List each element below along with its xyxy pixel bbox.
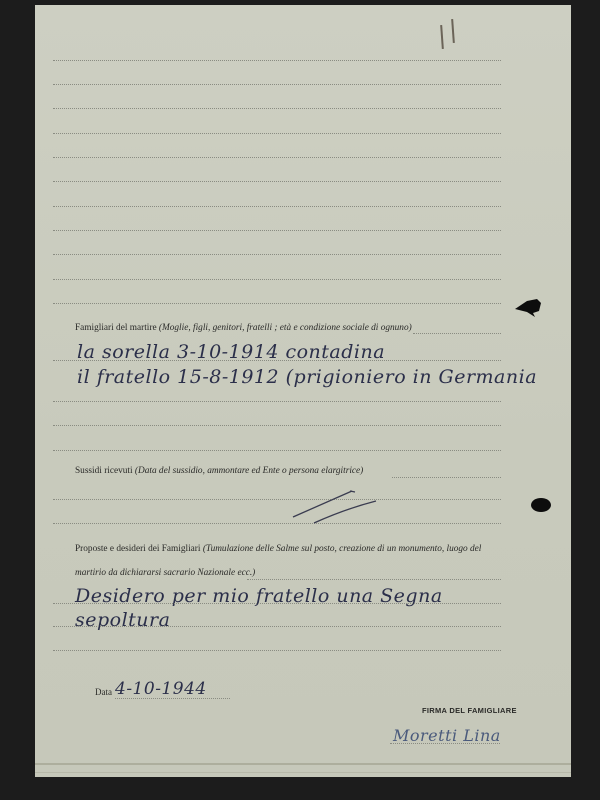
proposte-label-line2: martirio da dichiararsi sacrario Naziona… [75, 568, 255, 578]
ruled-line [53, 626, 501, 627]
ruled-line [53, 133, 501, 134]
date-value: 4-10-1944 [115, 679, 207, 699]
ruled-line [53, 360, 501, 361]
ruled-line [53, 108, 501, 109]
ruled-line [53, 60, 501, 61]
ruled-line [53, 84, 501, 85]
ink-blot [529, 496, 553, 514]
page-fold [35, 763, 571, 765]
ruled-line [53, 303, 501, 304]
signature-label: FIRMA DEL FAMIGLIARE [422, 706, 517, 715]
ruled-line [53, 279, 501, 280]
ruled-line [53, 401, 501, 402]
ruled-line [413, 333, 501, 334]
ruled-line [53, 499, 501, 500]
ruled-line [53, 650, 501, 651]
ruled-line [247, 579, 501, 580]
ruled-line [53, 450, 501, 451]
famigliari-entry-2: il fratello 15-8-1912 (prigioniero in Ge… [77, 366, 537, 388]
ruled-line [53, 254, 501, 255]
ruled-line [392, 477, 501, 478]
proposte-entry-2: sepoltura [75, 609, 170, 631]
proposte-label: Proposte e desideri dei Famigliari (Tumu… [75, 544, 481, 554]
pencil-mark [451, 19, 455, 43]
ink-blot [513, 297, 543, 319]
famigliari-label: Famigliari del martire (Moglie, figli, g… [75, 323, 412, 333]
ruled-line [53, 523, 501, 524]
ruled-line [53, 206, 501, 207]
ruled-line [53, 181, 501, 182]
ruled-line [53, 425, 501, 426]
page-fold [35, 772, 571, 773]
pencil-mark [440, 25, 444, 49]
date-label: Data [95, 687, 112, 697]
ruled-line [53, 603, 501, 604]
sussidi-dash-marks [290, 489, 390, 529]
ruled-line [115, 698, 230, 699]
ruled-line [53, 230, 501, 231]
ruled-line [390, 743, 500, 744]
document-page: Famigliari del martire (Moglie, figli, g… [35, 5, 571, 777]
ruled-line [53, 157, 501, 158]
sussidi-label: Sussidi ricevuti (Data del sussidio, amm… [75, 466, 363, 476]
